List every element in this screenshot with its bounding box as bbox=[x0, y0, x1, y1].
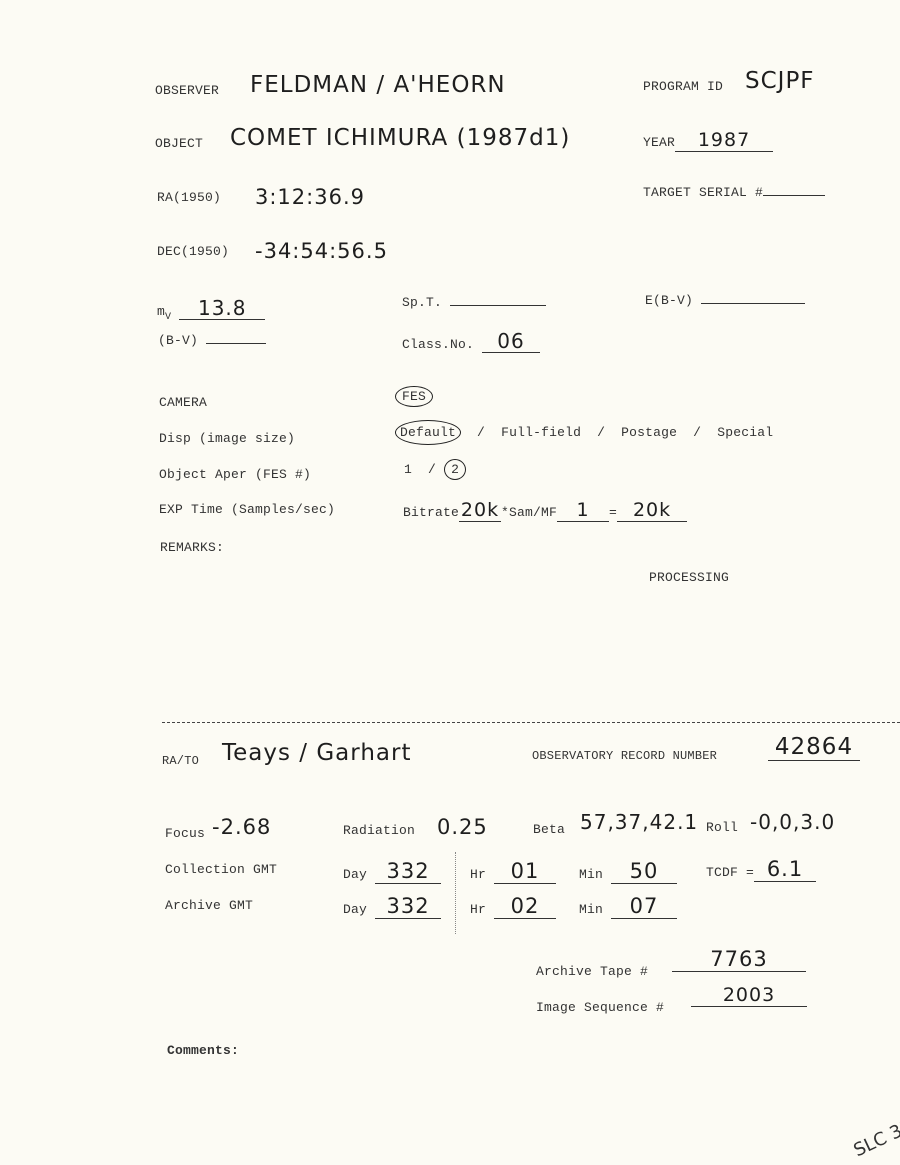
class-no-value[interactable]: 06 bbox=[482, 330, 540, 353]
spt-field[interactable] bbox=[450, 293, 546, 306]
collection-min-label: Min 50 bbox=[579, 860, 677, 884]
archive-hr-value[interactable]: 02 bbox=[494, 895, 556, 919]
beta-value[interactable]: 57,37,42.1 bbox=[580, 810, 698, 834]
image-sequence-label: Image Sequence # bbox=[536, 1000, 664, 1015]
aper-options: 1 / 2 bbox=[404, 459, 466, 480]
program-id-value[interactable]: SCJPF bbox=[745, 68, 815, 94]
aper-option-1[interactable]: 1 bbox=[404, 462, 412, 477]
camera-option-fes[interactable]: FES bbox=[395, 386, 433, 407]
camera-label: CAMERA bbox=[159, 395, 207, 410]
disp-option-postage[interactable]: Postage bbox=[621, 425, 677, 440]
comments-label: Comments: bbox=[167, 1043, 239, 1058]
archive-tape-field: 7763 bbox=[672, 948, 806, 972]
tcdf-value[interactable]: 6.1 bbox=[754, 858, 816, 882]
dotted-separator bbox=[455, 852, 456, 934]
ra-value[interactable]: 3:12:36.9 bbox=[255, 185, 365, 209]
disp-option-default[interactable]: Default bbox=[395, 420, 461, 445]
dec-label: DEC(1950) bbox=[157, 244, 229, 259]
focus-label: Focus bbox=[165, 826, 205, 841]
mv-label: mV 13.8 bbox=[157, 297, 265, 323]
rato-value[interactable]: Teays / Garhart bbox=[222, 740, 411, 766]
dec-value[interactable]: -34:54:56.5 bbox=[255, 239, 388, 263]
mv-value[interactable]: 13.8 bbox=[179, 297, 265, 320]
archive-day-label: Day 332 bbox=[343, 895, 441, 919]
archive-hr-label: Hr 02 bbox=[470, 895, 556, 919]
spt-label: Sp.T. bbox=[402, 293, 546, 310]
roll-value[interactable]: -0,0,3.0 bbox=[750, 810, 835, 834]
roll-label: Roll bbox=[706, 820, 738, 835]
archive-tape-label: Archive Tape # bbox=[536, 964, 648, 979]
object-label: OBJECT bbox=[155, 136, 203, 151]
ebv-field[interactable] bbox=[701, 291, 805, 304]
bv-field[interactable] bbox=[206, 331, 266, 344]
beta-label: Beta bbox=[533, 822, 565, 837]
disp-option-full-field[interactable]: Full-field bbox=[501, 425, 581, 440]
selected-circle: FES bbox=[395, 386, 433, 407]
tcdf-label: TCDF =6.1 bbox=[706, 858, 816, 882]
radiation-label: Radiation bbox=[343, 823, 415, 838]
target-serial-field[interactable] bbox=[763, 183, 825, 196]
collection-hr-label: Hr 01 bbox=[470, 860, 556, 884]
archive-min-value[interactable]: 07 bbox=[611, 895, 677, 919]
section-divider bbox=[162, 722, 900, 723]
collection-hr-value[interactable]: 01 bbox=[494, 860, 556, 884]
archive-gmt-label: Archive GMT bbox=[165, 898, 253, 913]
obs-record-label: OBSERVATORY RECORD NUMBER bbox=[532, 749, 717, 763]
obs-record-value[interactable]: 42864 bbox=[768, 735, 860, 761]
program-id-label: PROGRAM ID bbox=[643, 79, 723, 94]
remarks-label: REMARKS: bbox=[160, 540, 224, 555]
disp-options: Default / Full-field / Postage / Special bbox=[395, 420, 773, 445]
target-serial-label: TARGET SERIAL # bbox=[643, 183, 825, 200]
object-value[interactable]: COMET ICHIMURA (1987d1) bbox=[230, 125, 570, 151]
archive-tape-value[interactable]: 7763 bbox=[672, 948, 806, 972]
disp-label: Disp (image size) bbox=[159, 431, 295, 446]
rato-label: RA/TO bbox=[162, 754, 199, 768]
archive-min-label: Min 07 bbox=[579, 895, 677, 919]
focus-value[interactable]: -2.68 bbox=[212, 815, 271, 839]
sam-mf-value[interactable]: 1 bbox=[557, 500, 609, 522]
collection-day-value[interactable]: 332 bbox=[375, 860, 441, 884]
aper-label: Object Aper (FES #) bbox=[159, 467, 311, 482]
exp-bitrate-row: Bitrate20k*Sam/MF1=20k bbox=[403, 500, 687, 522]
bv-label: (B-V) bbox=[158, 331, 266, 348]
year-value[interactable]: 1987 bbox=[675, 130, 773, 152]
processing-label: PROCESSING bbox=[649, 570, 729, 585]
class-no-label: Class.No. 06 bbox=[402, 330, 540, 353]
disp-option-special[interactable]: Special bbox=[717, 425, 773, 440]
radiation-value[interactable]: 0.25 bbox=[437, 815, 488, 839]
obs-record-field: 42864 bbox=[768, 735, 860, 761]
bitrate-value[interactable]: 20k bbox=[459, 500, 501, 522]
observer-value[interactable]: FELDMAN / A'HEORN bbox=[250, 72, 506, 98]
image-sequence-field: 2003 bbox=[691, 985, 807, 1007]
ebv-label: E(B-V) bbox=[645, 291, 805, 308]
year-label: YEAR1987 bbox=[643, 130, 773, 152]
exp-label: EXP Time (Samples/sec) bbox=[159, 502, 335, 517]
image-sequence-value[interactable]: 2003 bbox=[691, 985, 807, 1007]
corner-annotation: SLC 33 bbox=[850, 1116, 900, 1162]
observer-label: OBSERVER bbox=[155, 83, 219, 98]
ra-label: RA(1950) bbox=[157, 190, 221, 205]
exp-result-value[interactable]: 20k bbox=[617, 500, 687, 522]
aper-option-2[interactable]: 2 bbox=[444, 459, 466, 480]
collection-min-value[interactable]: 50 bbox=[611, 860, 677, 884]
collection-label: Collection GMT bbox=[165, 862, 277, 877]
collection-day-label: Day 332 bbox=[343, 860, 441, 884]
archive-day-value[interactable]: 332 bbox=[375, 895, 441, 919]
